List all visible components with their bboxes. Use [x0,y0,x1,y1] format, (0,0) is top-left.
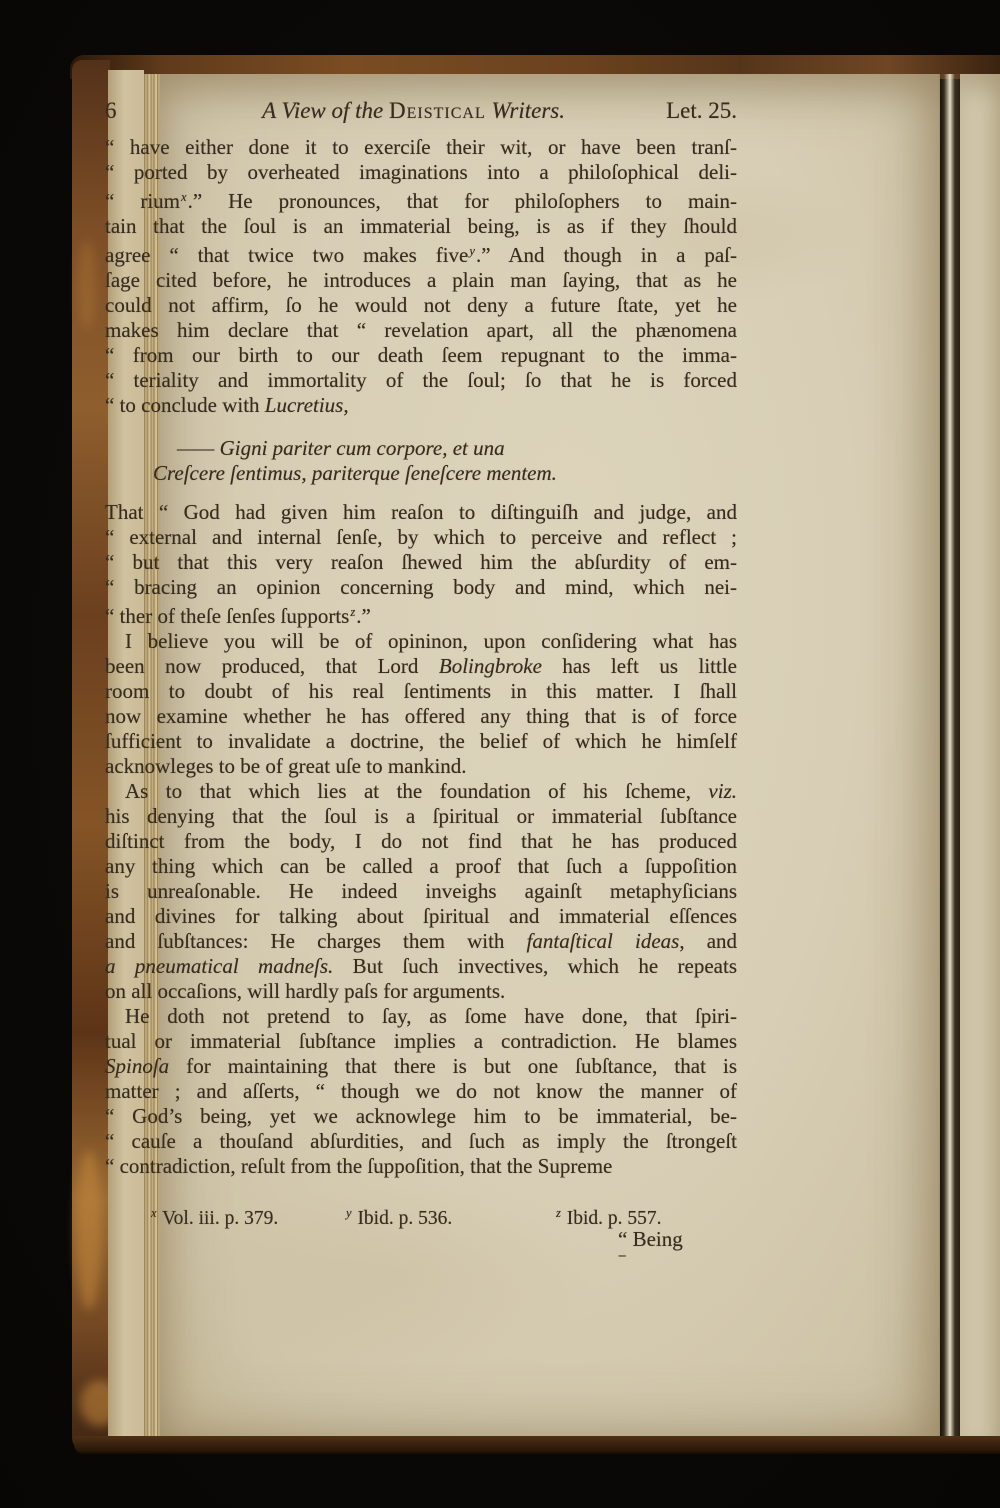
text-line: I believe you will be of opininon, upon … [105,629,737,654]
running-title-suffix: Writers. [486,98,565,123]
running-title: A View of the Deistical Writers. [161,98,666,123]
text-line: “ contradiction, reſult from the ſuppoſi… [105,1154,737,1179]
text-line: agree “ that twice two makes fivey.” And… [105,239,737,268]
adjacent-page [960,74,1000,1438]
letter-number: Let. 25. [666,98,737,123]
text-line: —— Gigni pariter cum corpore, et una [177,436,737,461]
running-title-prefix: A View of the [262,98,389,123]
text-line: been now produced, that Lord Bolingbroke… [105,654,737,679]
running-title-smallcaps: Deistical [389,98,486,123]
text-line: room to doubt of his real ſentiments in … [105,679,737,704]
text-line: “ ther of theſe ſenſes ſupportsz.” [105,600,737,629]
footnotes: x Vol. iii. p. 379.y Ibid. p. 536.z Ibid… [105,1201,737,1227]
leather-wear-mark [78,240,96,330]
text-line: “ ported by overheated imaginations into… [105,160,737,185]
text-line: his denying that the ſoul is a ſpiritual… [105,804,737,829]
text-line: matter ; and aſſerts, “ though we do not… [105,1079,737,1104]
catchword-mark: -- [618,1243,625,1268]
text-line: “ to conclude with Lucretius, [105,393,737,418]
text-line: ſage cited before, he introduces a plain… [105,268,737,293]
photo-background: 6 A View of the Deistical Writers. Let. … [0,0,1000,1508]
text-line: As to that which lies at the foundation … [105,779,737,804]
text-line: could not affirm, ſo he would not deny a… [105,293,737,318]
book-bottom-edge [74,1436,1000,1454]
text-line: “ riumx.” He pronounces, that for philoſ… [105,185,737,214]
text-line: “ bracing an opinion concerning body and… [105,575,737,600]
text-line: That “ God had given him reaſon to diſti… [105,500,737,525]
text-line: diſtinct from the body, I do not find th… [105,829,737,854]
catchword-row: “ Being -- [105,1227,737,1253]
text-line: now examine whether he has offered any t… [105,704,737,729]
catchword: “ Being [618,1227,683,1252]
text-line: any thing which can be called a proof th… [105,854,737,879]
page-number: 6 [105,98,161,123]
text-line: is unreaſonable. He indeed inveighs agai… [105,879,737,904]
text-line: “ teriality and immortality of the ſoul;… [105,368,737,393]
text-line: acknowleges to be of great uſe to mankin… [105,754,737,779]
leather-wear-mark [76,1150,102,1310]
text-line: “ have either done it to exerciſe their … [105,135,737,160]
text-line: He doth not pretend to ſay, as ſome have… [105,1004,737,1029]
text-line: makes him declare that “ revelation apar… [105,318,737,343]
text-line: “ from our birth to our death ſeem repug… [105,343,737,368]
text-line: “ but that this very reaſon ſhewed him t… [105,550,737,575]
text-line: “ cauſe a thouſand abſurdities, and ſuch… [105,1129,737,1154]
text-line: a pneumatical madneſs. But ſuch invectiv… [105,954,737,979]
text-column: 6 A View of the Deistical Writers. Let. … [105,98,737,1253]
text-line: “ external and internal ſenſe, by which … [105,525,737,550]
body-text: “ have either done it to exerciſe their … [105,135,737,1179]
text-line: Spinoſa for maintaining that there is bu… [105,1054,737,1079]
text-line: tual or immaterial ſubſtance implies a c… [105,1029,737,1054]
text-line: and divines for talking about ſpiritual … [105,904,737,929]
text-line: on all occaſions, will hardly paſs for a… [105,979,737,1004]
running-header: 6 A View of the Deistical Writers. Let. … [105,98,737,123]
text-line: tain that the ſoul is an immaterial bein… [105,214,737,239]
text-line: “ God’s being, yet we acknowlege him to … [105,1104,737,1129]
page-gutter-crease [938,74,962,1438]
text-line: ſufficient to invalidate a doctrine, the… [105,729,737,754]
text-line: Creſcere ſentimus, pariterque ſeneſcere … [153,461,737,486]
text-line: and ſubſtances: He charges them with fan… [105,929,737,954]
